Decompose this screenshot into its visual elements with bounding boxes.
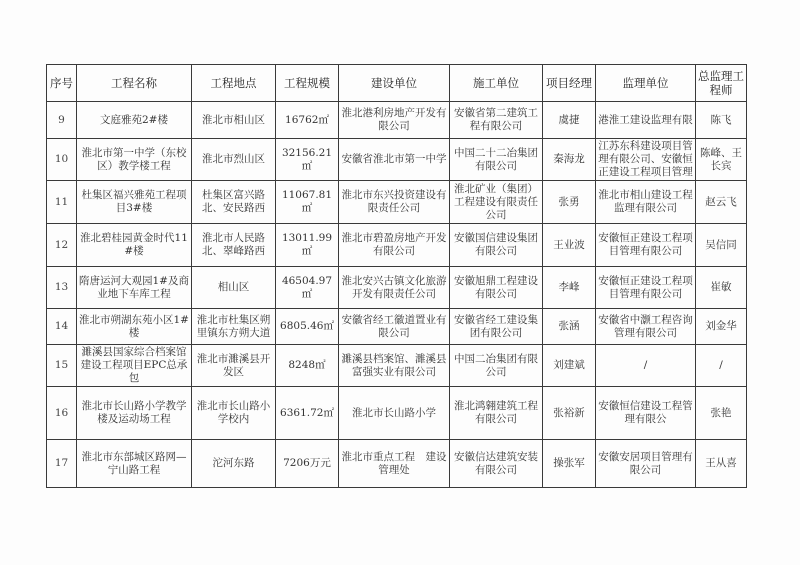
cell-supervisor: 安徽安居项目管理有限公司 [596, 440, 696, 488]
cell-chief: 陈飞 [696, 102, 747, 139]
cell-no: 14 [47, 309, 77, 345]
cell-location: 淮北市人民路北、翠峰路西 [192, 224, 276, 267]
cell-name: 淮北市长山路小学教学楼及运动场工程 [77, 387, 192, 440]
cell-chief: 赵云飞 [696, 181, 747, 224]
cell-no: 16 [47, 387, 77, 440]
cell-contractor: 安徽旭鼎工程建设有限公司 [450, 267, 543, 309]
cell-scale: 8248㎡ [276, 345, 339, 387]
header-no: 序号 [47, 65, 77, 102]
cell-scale: 11067.81㎡ [276, 181, 339, 224]
cell-name: 濉溪县国家综合档案馆建设工程项目EPC总承包 [77, 345, 192, 387]
cell-owner: 安徽省经工徽道置业有限公司 [339, 309, 450, 345]
cell-owner: 淮北市长山路小学 [339, 387, 450, 440]
projects-table: 序号 工程名称 工程地点 工程规模 建设单位 施工单位 项目经理 监理单位 总监… [46, 64, 747, 488]
cell-contractor: 安徽省第二建筑工程有限公司 [450, 102, 543, 139]
cell-supervisor: 江苏东科建设项目管理有限公司、安徽恒正建设工程项目管理 [596, 139, 696, 181]
cell-owner: 淮北市东兴投资建设有限责任公司 [339, 181, 450, 224]
header-chief: 总监理工程师 [696, 65, 747, 102]
cell-supervisor: / [596, 345, 696, 387]
cell-owner: 安徽省淮北市第一中学 [339, 139, 450, 181]
cell-scale: 32156.21㎡ [276, 139, 339, 181]
cell-chief: 陈峰、王长宾 [696, 139, 747, 181]
cell-chief: 吴信同 [696, 224, 747, 267]
cell-no: 17 [47, 440, 77, 488]
header-supervisor: 监理单位 [596, 65, 696, 102]
cell-location: 沱河东路 [192, 440, 276, 488]
cell-owner: 濉溪县档案馆、濉溪县富强实业有限公司 [339, 345, 450, 387]
table-row: 14淮北市朔湖东苑小区1#楼淮北市杜集区朔里镇东方朔大道6805.46㎡安徽省经… [47, 309, 747, 345]
cell-owner: 淮北港利房地产开发有限公司 [339, 102, 450, 139]
cell-name: 淮北市第一中学（东校区）教学楼工程 [77, 139, 192, 181]
cell-chief: / [696, 345, 747, 387]
header-name: 工程名称 [77, 65, 192, 102]
cell-location: 淮北市濉溪县开发区 [192, 345, 276, 387]
cell-owner: 淮北市重点工程 建设管理处 [339, 440, 450, 488]
cell-contractor: 淮北鸿翱建筑工程有限公司 [450, 387, 543, 440]
cell-supervisor: 港淮工建设监理有限 [596, 102, 696, 139]
cell-name: 淮北碧桂园黄金时代11#楼 [77, 224, 192, 267]
cell-owner: 淮北市碧盈房地产开发有限公司 [339, 224, 450, 267]
cell-no: 15 [47, 345, 77, 387]
cell-contractor: 淮北矿业（集团）工程建设有限责任公司 [450, 181, 543, 224]
cell-manager: 操张军 [543, 440, 596, 488]
cell-manager: 张勇 [543, 181, 596, 224]
table-row: 9文庭雅苑2#楼淮北市相山区16762㎡淮北港利房地产开发有限公司安徽省第二建筑… [47, 102, 747, 139]
cell-name: 杜集区福兴雅苑工程项目3#楼 [77, 181, 192, 224]
cell-manager: 刘建斌 [543, 345, 596, 387]
header-location: 工程地点 [192, 65, 276, 102]
cell-scale: 6361.72㎡ [276, 387, 339, 440]
cell-location: 淮北市长山路小学校内 [192, 387, 276, 440]
cell-chief: 王从喜 [696, 440, 747, 488]
cell-owner: 淮北安兴古镇文化旅游开发有限责任公司 [339, 267, 450, 309]
cell-contractor: 中国二十二冶集团有限公司 [450, 139, 543, 181]
cell-manager: 李峰 [543, 267, 596, 309]
header-scale: 工程规模 [276, 65, 339, 102]
cell-scale: 46504.97㎡ [276, 267, 339, 309]
cell-no: 13 [47, 267, 77, 309]
cell-no: 9 [47, 102, 77, 139]
cell-no: 11 [47, 181, 77, 224]
cell-contractor: 安徽信达建筑安装有限公司 [450, 440, 543, 488]
cell-chief: 刘金华 [696, 309, 747, 345]
cell-contractor: 中国二冶集团有限公司 [450, 345, 543, 387]
cell-supervisor: 安徽恒信建设工程管理有限公 [596, 387, 696, 440]
header-manager: 项目经理 [543, 65, 596, 102]
table-row: 16淮北市长山路小学教学楼及运动场工程淮北市长山路小学校内6361.72㎡淮北市… [47, 387, 747, 440]
cell-scale: 13011.99㎡ [276, 224, 339, 267]
header-owner: 建设单位 [339, 65, 450, 102]
cell-name: 淮北市朔湖东苑小区1#楼 [77, 309, 192, 345]
cell-location: 淮北市杜集区朔里镇东方朔大道 [192, 309, 276, 345]
cell-no: 10 [47, 139, 77, 181]
cell-supervisor: 安徽省中灏工程咨询管理有限公司 [596, 309, 696, 345]
cell-manager: 张涵 [543, 309, 596, 345]
cell-location: 相山区 [192, 267, 276, 309]
cell-supervisor: 安徽恒正建设工程项目管理有限公司 [596, 224, 696, 267]
cell-supervisor: 淮北市相山建设工程监理有限公司 [596, 181, 696, 224]
cell-name: 淮北市东部城区路网—宁山路工程 [77, 440, 192, 488]
cell-name: 文庭雅苑2#楼 [77, 102, 192, 139]
table-row: 13隋唐运河大观园1#及商业地下车库工程相山区46504.97㎡淮北安兴古镇文化… [47, 267, 747, 309]
table-row: 17淮北市东部城区路网—宁山路工程沱河东路7206万元淮北市重点工程 建设管理处… [47, 440, 747, 488]
cell-chief: 张艳 [696, 387, 747, 440]
cell-manager: 虞捷 [543, 102, 596, 139]
cell-chief: 崔敏 [696, 267, 747, 309]
table-row: 12淮北碧桂园黄金时代11#楼淮北市人民路北、翠峰路西13011.99㎡淮北市碧… [47, 224, 747, 267]
cell-location: 杜集区富兴路北、安民路西 [192, 181, 276, 224]
cell-no: 12 [47, 224, 77, 267]
cell-location: 淮北市相山区 [192, 102, 276, 139]
header-contractor: 施工单位 [450, 65, 543, 102]
cell-location: 淮北市烈山区 [192, 139, 276, 181]
cell-scale: 16762㎡ [276, 102, 339, 139]
cell-contractor: 安徽省经工建设集团有限公司 [450, 309, 543, 345]
header-row: 序号 工程名称 工程地点 工程规模 建设单位 施工单位 项目经理 监理单位 总监… [47, 65, 747, 102]
cell-scale: 6805.46㎡ [276, 309, 339, 345]
cell-manager: 张裕新 [543, 387, 596, 440]
cell-name: 隋唐运河大观园1#及商业地下车库工程 [77, 267, 192, 309]
cell-manager: 秦海龙 [543, 139, 596, 181]
table-row: 10淮北市第一中学（东校区）教学楼工程淮北市烈山区32156.21㎡安徽省淮北市… [47, 139, 747, 181]
cell-supervisor: 安徽恒正建设工程项目管理有限公司 [596, 267, 696, 309]
cell-manager: 王业波 [543, 224, 596, 267]
cell-scale: 7206万元 [276, 440, 339, 488]
table-row: 11杜集区福兴雅苑工程项目3#楼杜集区富兴路北、安民路西11067.81㎡淮北市… [47, 181, 747, 224]
cell-contractor: 安徽国信建设集团有限公司 [450, 224, 543, 267]
table-row: 15濉溪县国家综合档案馆建设工程项目EPC总承包淮北市濉溪县开发区8248㎡濉溪… [47, 345, 747, 387]
